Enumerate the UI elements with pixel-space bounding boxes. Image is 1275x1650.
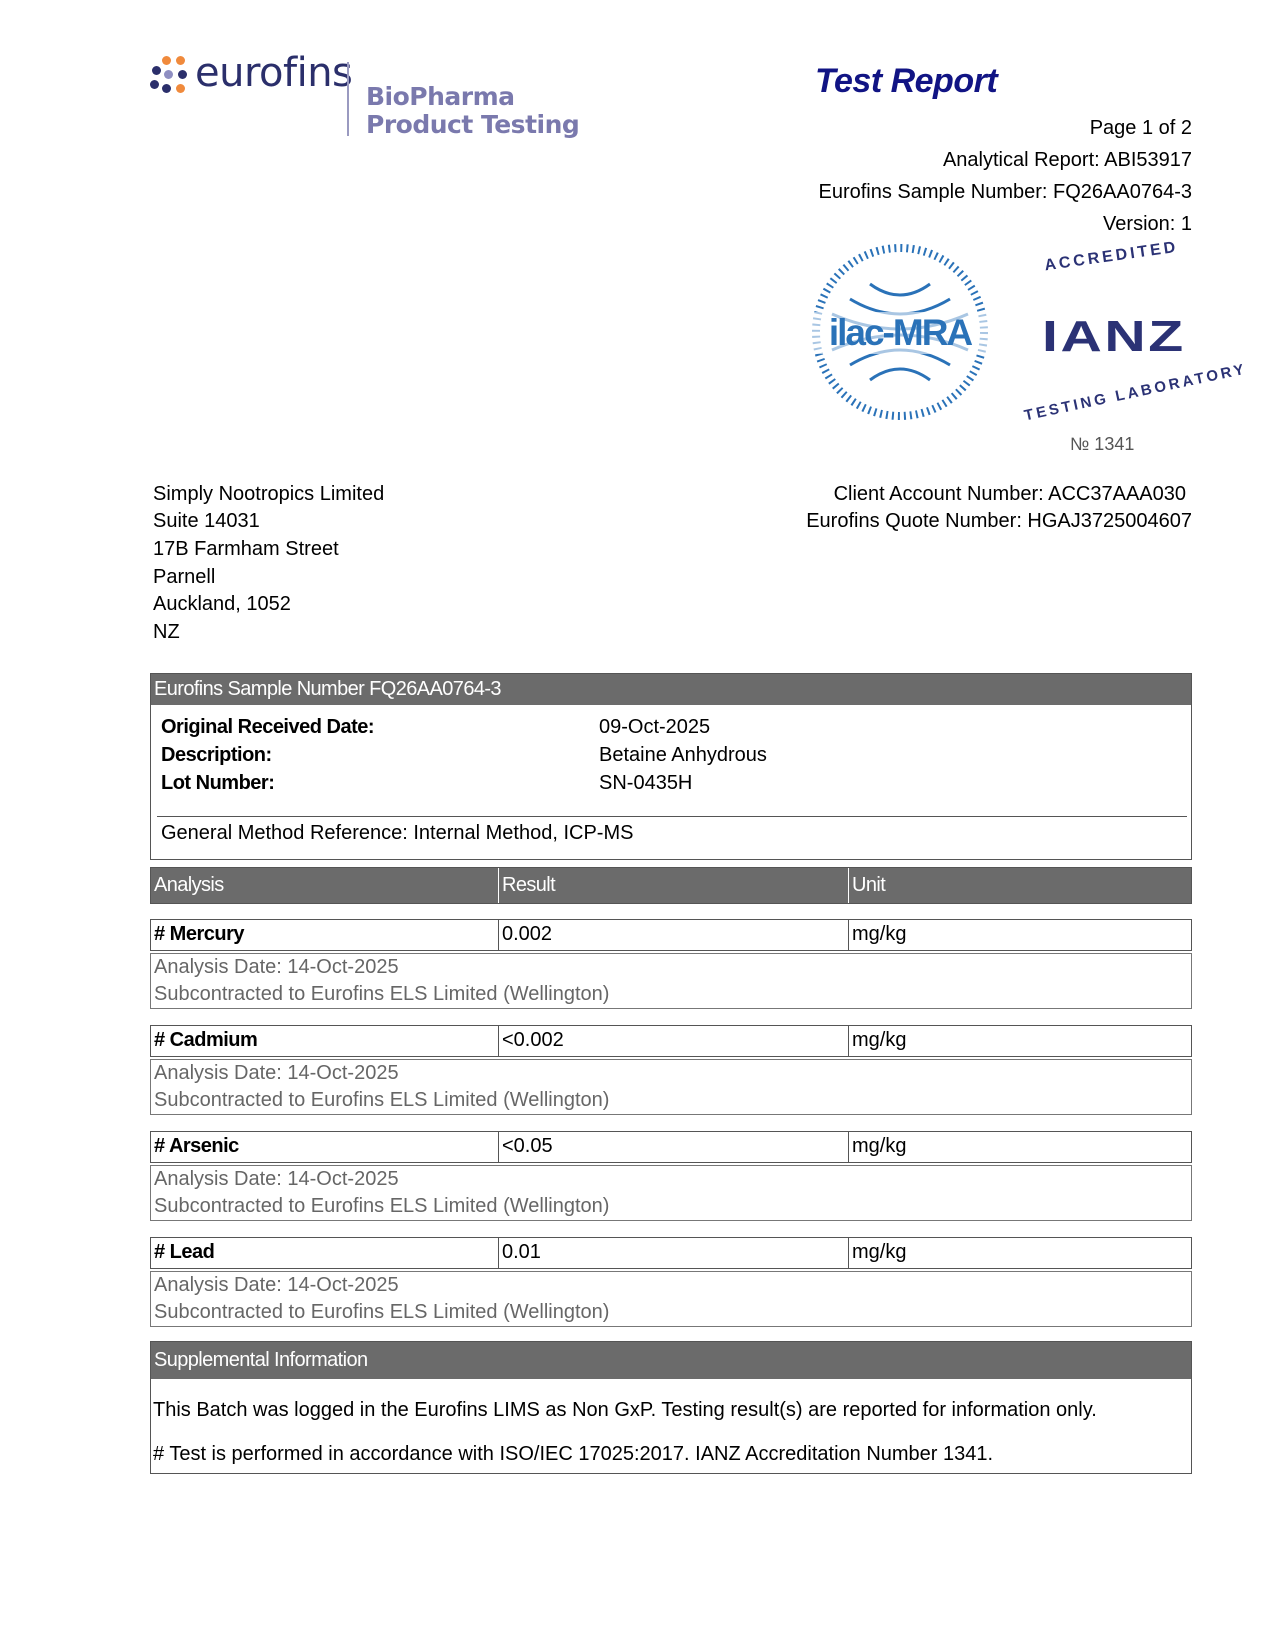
quote-number: Eurofins Quote Number: HGAJ3725004607 bbox=[806, 510, 1192, 533]
client-name: Simply Nootropics Limited bbox=[153, 483, 384, 506]
result-unit: mg/kg bbox=[848, 1026, 1191, 1056]
ianz-number: № 1341 bbox=[1070, 434, 1134, 455]
divider bbox=[157, 816, 1187, 817]
subcontract-note: Subcontracted to Eurofins ELS Limited (W… bbox=[154, 981, 1191, 1008]
supplemental-header: Supplemental Information bbox=[151, 1342, 1191, 1379]
logo-wordmark: eurofins bbox=[195, 50, 352, 96]
sample-header: Eurofins Sample Number FQ26AA0764-3 bbox=[151, 674, 1191, 705]
ilac-mra-seal: ilac-MRA bbox=[812, 244, 988, 420]
analysis-name: # Cadmium bbox=[151, 1026, 498, 1056]
table-row: # Cadmium<0.002mg/kg bbox=[150, 1025, 1192, 1057]
ianz-seal: ACCREDITED IANZ TESTING LABORATORY № 134… bbox=[1014, 244, 1194, 454]
analysis-name: # Mercury bbox=[151, 920, 498, 950]
column-analysis: Analysis bbox=[151, 868, 498, 903]
address-line: Suite 14031 bbox=[153, 510, 260, 533]
supplemental-line: # Test is performed in accordance with I… bbox=[153, 1443, 993, 1466]
report-title: Test Report bbox=[815, 62, 997, 101]
result-value: <0.05 bbox=[498, 1132, 848, 1162]
table-row: # Arsenic<0.05mg/kg bbox=[150, 1131, 1192, 1163]
subcontract-note: Subcontracted to Eurofins ELS Limited (W… bbox=[154, 1087, 1191, 1114]
address-line: NZ bbox=[153, 621, 180, 644]
ianz-testing-text: TESTING LABORATORY bbox=[1023, 361, 1249, 425]
row-details: Analysis Date: 14-Oct-2025Subcontracted … bbox=[150, 1059, 1192, 1115]
table-row: # Lead0.01mg/kg bbox=[150, 1237, 1192, 1269]
address-line: 17B Farmham Street bbox=[153, 538, 339, 561]
ianz-accredited-text: ACCREDITED bbox=[1043, 239, 1179, 276]
table-row: # Mercury0.002mg/kg bbox=[150, 919, 1192, 951]
description-value: Betaine Anhydrous bbox=[599, 744, 767, 767]
division-line2: Product Testing bbox=[366, 110, 579, 139]
subcontract-note: Subcontracted to Eurofins ELS Limited (W… bbox=[154, 1193, 1191, 1220]
column-unit: Unit bbox=[848, 868, 1191, 903]
analysis-date: Analysis Date: 14-Oct-2025 bbox=[154, 1166, 1191, 1193]
row-details: Analysis Date: 14-Oct-2025Subcontracted … bbox=[150, 953, 1192, 1009]
results-header: Analysis Result Unit bbox=[150, 867, 1192, 904]
received-date-value: 09-Oct-2025 bbox=[599, 716, 710, 739]
analysis-date: Analysis Date: 14-Oct-2025 bbox=[154, 954, 1191, 981]
analysis-date: Analysis Date: 14-Oct-2025 bbox=[154, 1060, 1191, 1087]
logo-divider bbox=[347, 62, 349, 136]
address-line: Auckland, 1052 bbox=[153, 593, 291, 616]
ilac-text: ilac-MRA bbox=[812, 312, 988, 354]
result-unit: mg/kg bbox=[848, 1238, 1191, 1268]
lot-number-value: SN-0435H bbox=[599, 772, 692, 795]
result-value: 0.002 bbox=[498, 920, 848, 950]
version: Version: 1 bbox=[1103, 213, 1192, 236]
lot-number-label: Lot Number: bbox=[161, 772, 274, 795]
analysis-name: # Lead bbox=[151, 1238, 498, 1268]
address-line: Parnell bbox=[153, 566, 215, 589]
result-value: 0.01 bbox=[498, 1238, 848, 1268]
result-unit: mg/kg bbox=[848, 1132, 1191, 1162]
analysis-name: # Arsenic bbox=[151, 1132, 498, 1162]
result-value: <0.002 bbox=[498, 1026, 848, 1056]
ianz-mark: IANZ bbox=[1042, 312, 1186, 362]
page-indicator: Page 1 of 2 bbox=[1090, 117, 1192, 140]
subcontract-note: Subcontracted to Eurofins ELS Limited (W… bbox=[154, 1299, 1191, 1326]
header-sample-number: Eurofins Sample Number: FQ26AA0764-3 bbox=[818, 181, 1192, 204]
received-date-label: Original Received Date: bbox=[161, 716, 374, 739]
analytical-report-number: Analytical Report: ABI53917 bbox=[943, 149, 1192, 172]
method-reference: General Method Reference: Internal Metho… bbox=[161, 822, 633, 845]
row-details: Analysis Date: 14-Oct-2025Subcontracted … bbox=[150, 1271, 1192, 1327]
description-label: Description: bbox=[161, 744, 272, 767]
eurofins-logo bbox=[148, 54, 190, 96]
supplemental-line: This Batch was logged in the Eurofins LI… bbox=[153, 1399, 1097, 1422]
analysis-date: Analysis Date: 14-Oct-2025 bbox=[154, 1272, 1191, 1299]
row-details: Analysis Date: 14-Oct-2025Subcontracted … bbox=[150, 1165, 1192, 1221]
client-account-number: Client Account Number: ACC37AAA030 bbox=[834, 483, 1186, 506]
division-line1: BioPharma bbox=[366, 82, 515, 111]
column-result: Result bbox=[498, 868, 848, 903]
result-unit: mg/kg bbox=[848, 920, 1191, 950]
